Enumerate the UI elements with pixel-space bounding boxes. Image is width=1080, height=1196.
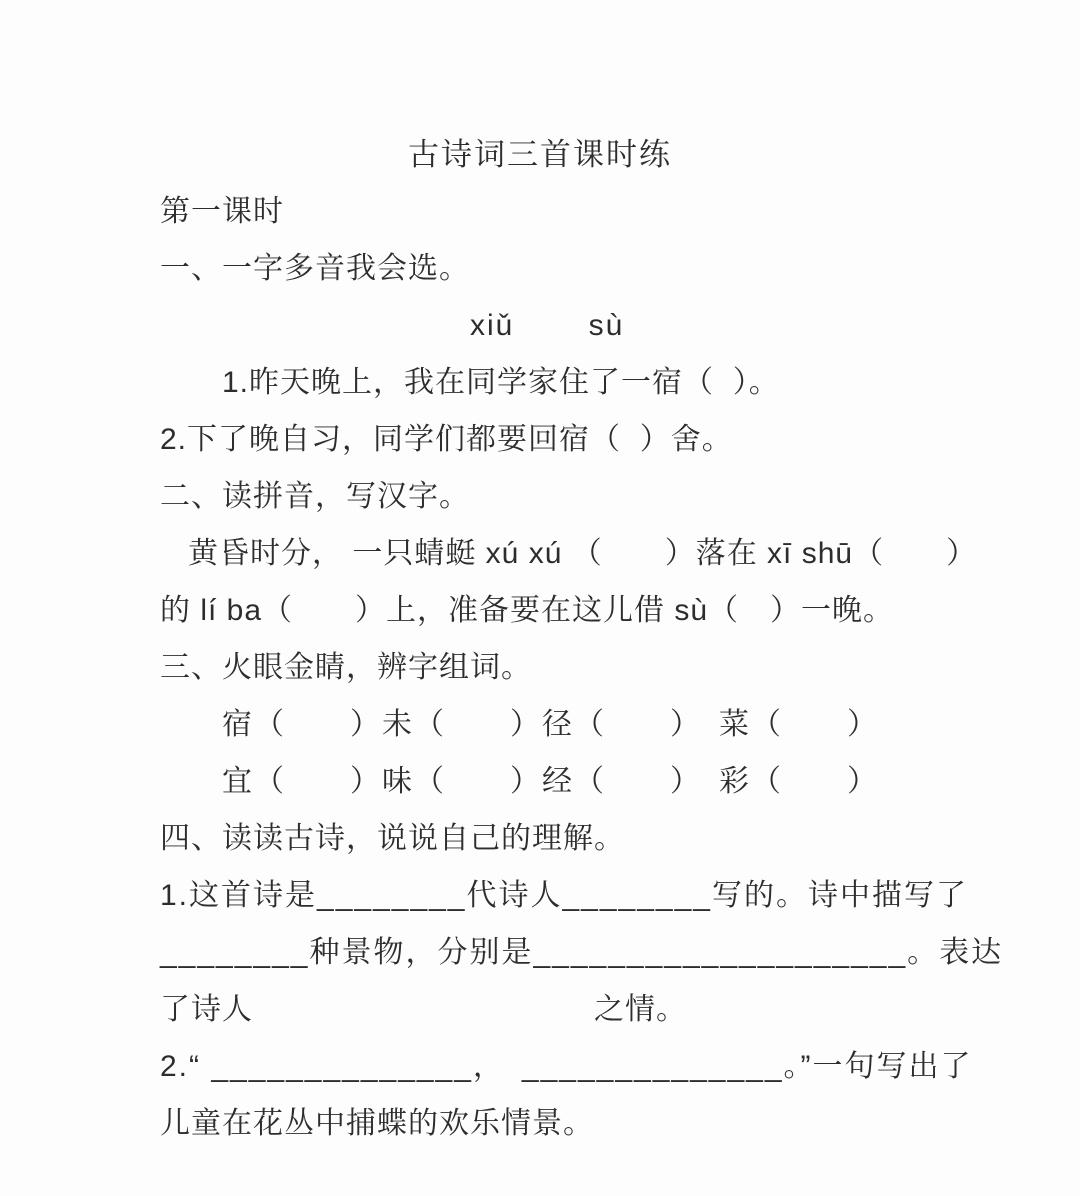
section1-pinyin-options: xiǔ sù: [160, 297, 1080, 354]
section4-line-3: 了诗人 之情。: [160, 981, 1080, 1038]
section4-line-4: 2.“ ______________， ______________。”一句写出…: [160, 1038, 1080, 1095]
worksheet-content: 古诗词三首课时练 第一课时 一、一字多音我会选。 xiǔ sù 1.昨天晚上，我…: [0, 0, 1080, 1152]
section1-heading: 一、一字多音我会选。: [160, 240, 1080, 297]
worksheet-page: 古诗词三首课时练 第一课时 一、一字多音我会选。 xiǔ sù 1.昨天晚上，我…: [0, 0, 1080, 1196]
section1-item-2: 2.下了晚自习，同学们都要回宿（ ）舍。: [160, 411, 1080, 468]
lesson-header: 第一课时: [160, 183, 1080, 240]
section1-item-1: 1.昨天晚上，我在同学家住了一宿（ ）。: [160, 354, 1080, 411]
section4-line-2: ________种景物，分别是____________________。表达: [160, 924, 1080, 981]
section4-heading: 四、读读古诗，说说自己的理解。: [160, 810, 1080, 867]
section3-heading: 三、火眼金睛，辨字组词。: [160, 639, 1080, 696]
page-title: 古诗词三首课时练: [0, 126, 1080, 183]
section2-line-2: 的 lí ba（ ）上，准备要在这儿借 sù（ ）一晚。: [160, 582, 1080, 639]
section2-line-1: 黄昏时分， 一只蜻蜓 xú xú （ ）落在 xī shū（ ）: [160, 525, 1080, 582]
section4-line-5: 儿童在花丛中捕蝶的欢乐情景。: [160, 1095, 1080, 1152]
section4-line-1: 1.这首诗是________代诗人________写的。诗中描写了: [160, 867, 1080, 924]
section2-heading: 二、读拼音，写汉字。: [160, 468, 1080, 525]
section3-row-1: 宿（ ）未（ ）径（ ） 菜（ ）: [160, 696, 1080, 753]
section3-row-2: 宜（ ）味（ ）经（ ） 彩（ ）: [160, 753, 1080, 810]
